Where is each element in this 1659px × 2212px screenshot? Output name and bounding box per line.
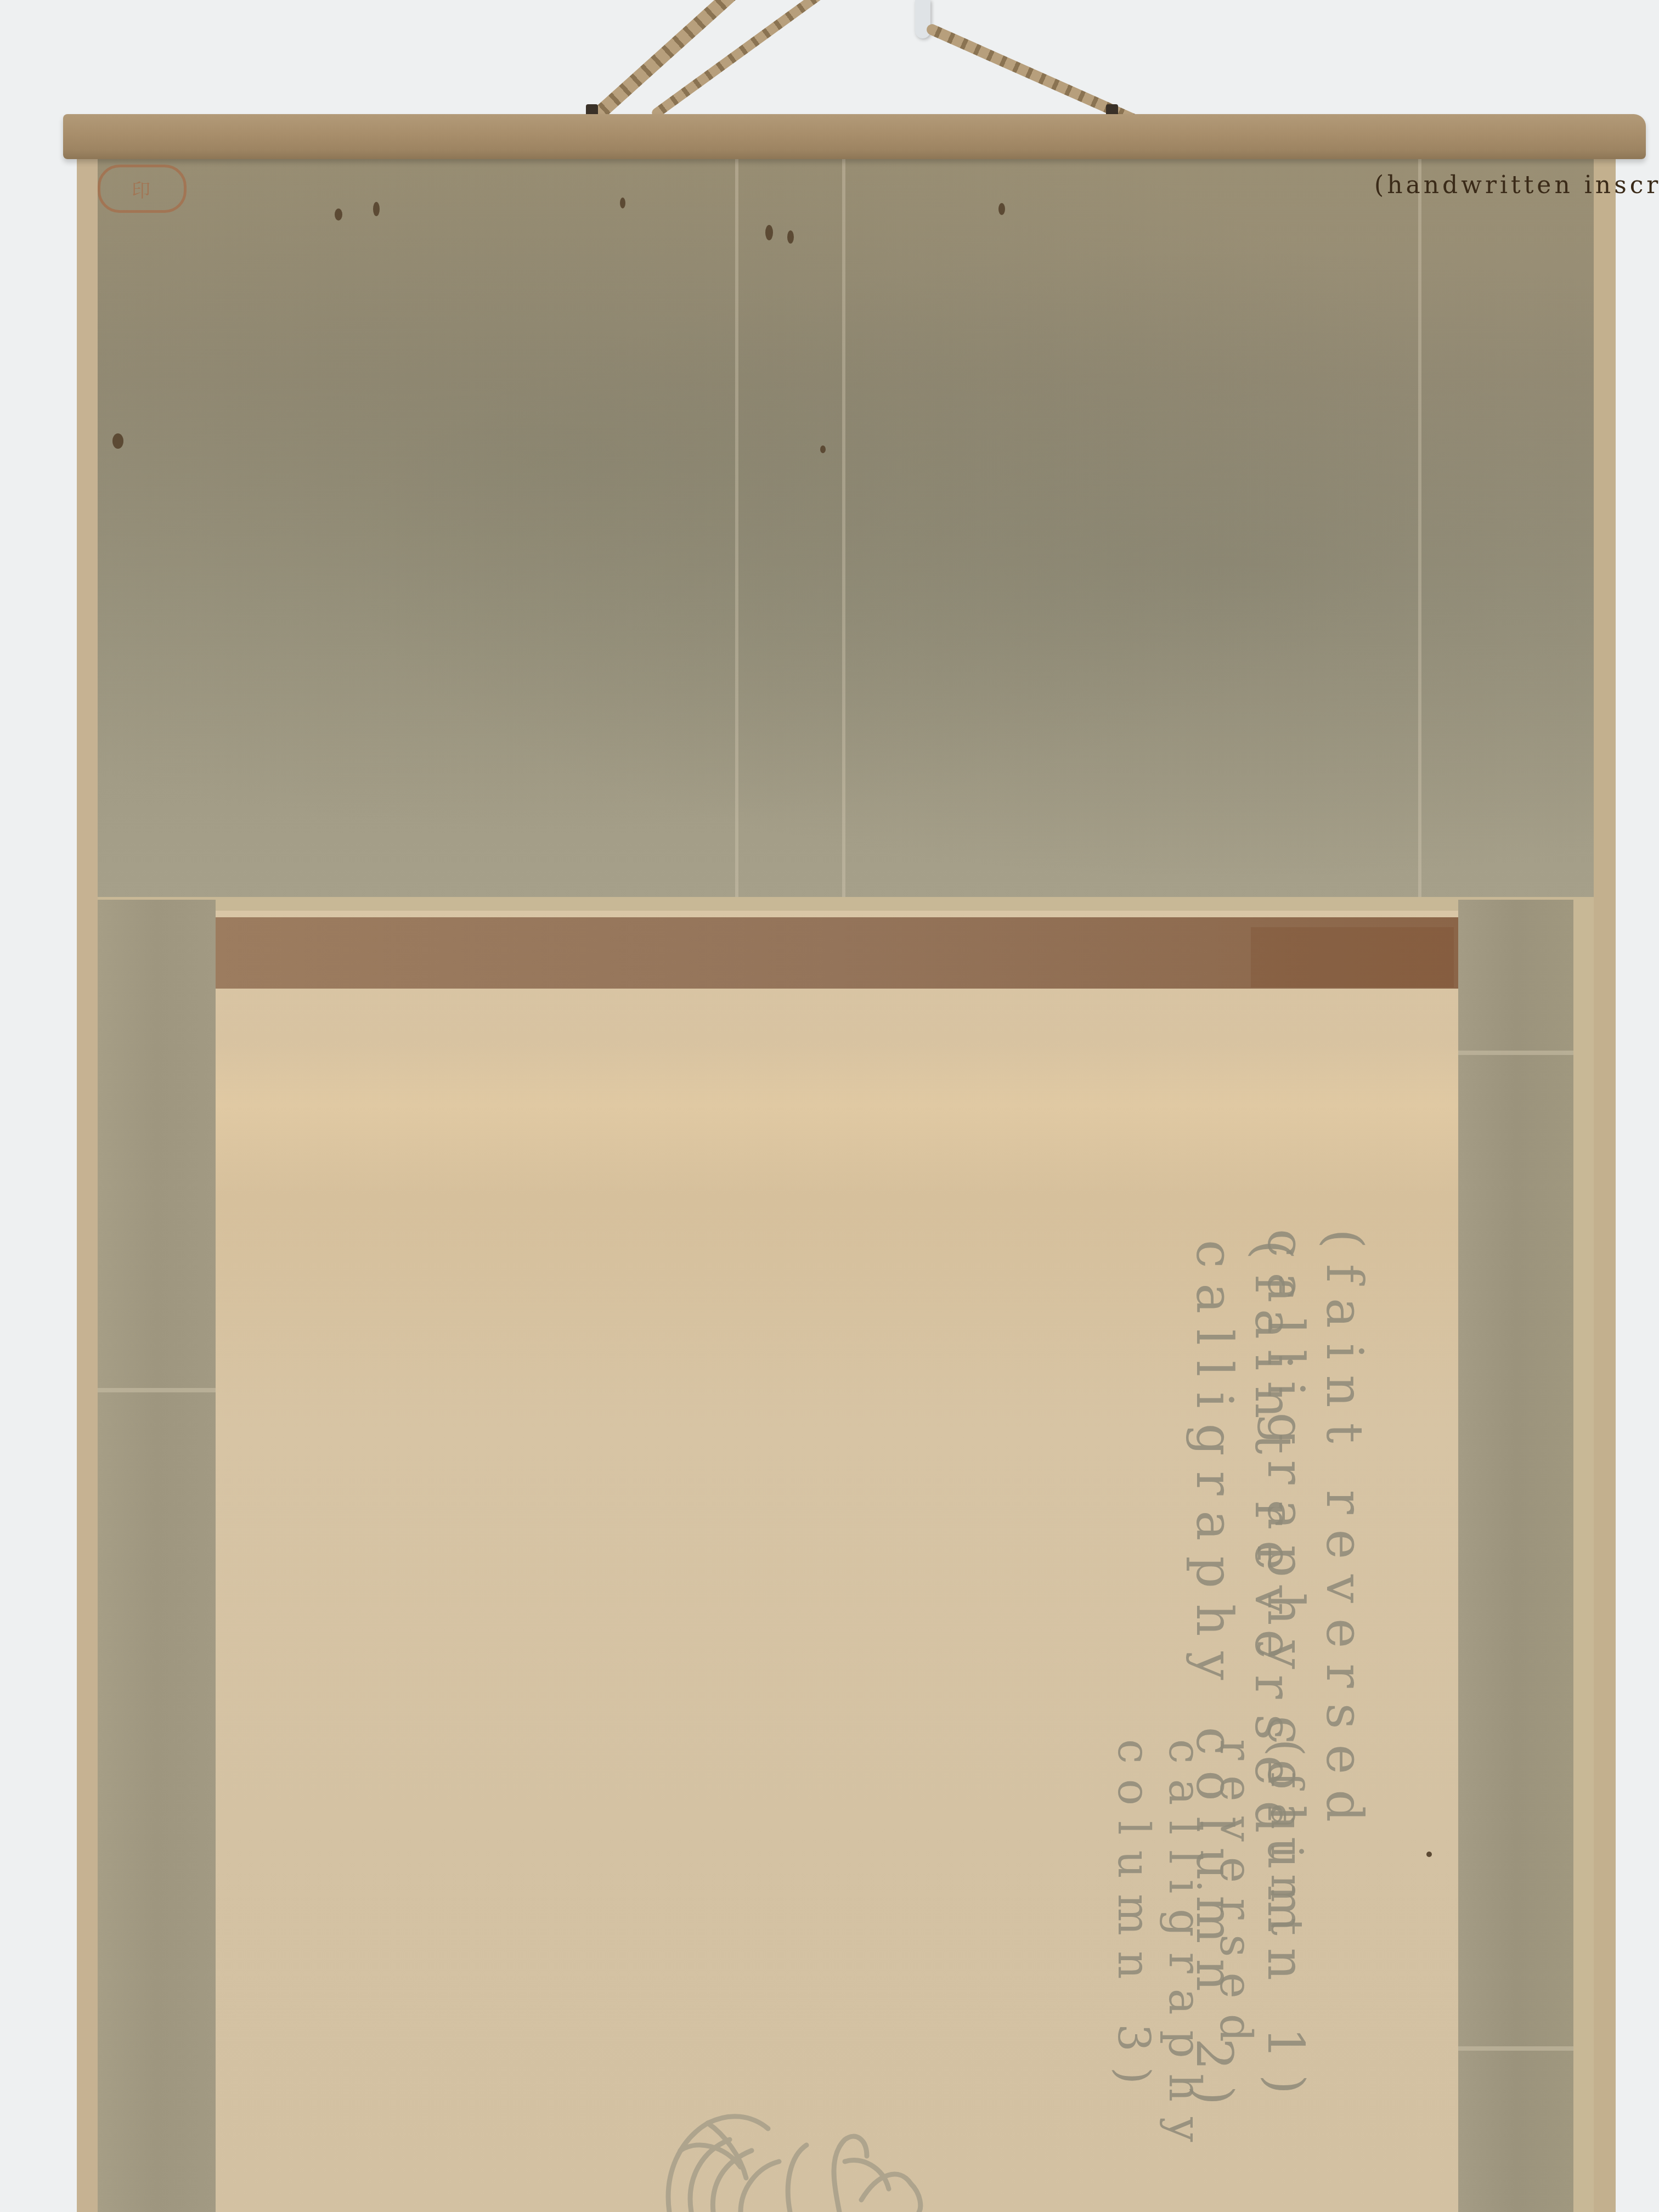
panel-seam xyxy=(1418,159,1421,897)
seal-stamp: 印 xyxy=(98,165,187,213)
foxing-spot xyxy=(787,230,794,244)
scroll-edge-right xyxy=(1594,159,1616,2212)
foxing-spot xyxy=(335,208,342,221)
border-seam xyxy=(1458,2046,1573,2051)
calligraphy-column: (faint reversed calligraphy column 3) xyxy=(1108,1739,1312,2211)
ink-inscription: (handwritten inscription) xyxy=(1374,171,1659,199)
foxing-spot xyxy=(998,203,1005,215)
upper-mount-panel xyxy=(96,159,1607,897)
top-roller xyxy=(63,114,1646,159)
foxing-spot xyxy=(620,198,625,208)
side-border-right xyxy=(1458,900,1573,2212)
panel-seam xyxy=(735,159,738,897)
flower-painting xyxy=(647,2090,955,2212)
panel-seam xyxy=(842,159,845,897)
water-stain xyxy=(1251,927,1454,988)
border-seam xyxy=(1458,1051,1573,1055)
side-border-left xyxy=(98,900,216,2212)
foxing-spot xyxy=(112,433,123,449)
hanging-cord-inner xyxy=(650,0,922,120)
foxing-spot xyxy=(765,225,773,240)
scroll-edge-left xyxy=(77,159,98,2212)
hanging-cord-left xyxy=(590,0,893,122)
foxing-spot xyxy=(1426,1852,1432,1857)
foxing-spot xyxy=(373,202,380,216)
border-seam xyxy=(98,1388,216,1392)
foxing-spot xyxy=(820,445,826,453)
